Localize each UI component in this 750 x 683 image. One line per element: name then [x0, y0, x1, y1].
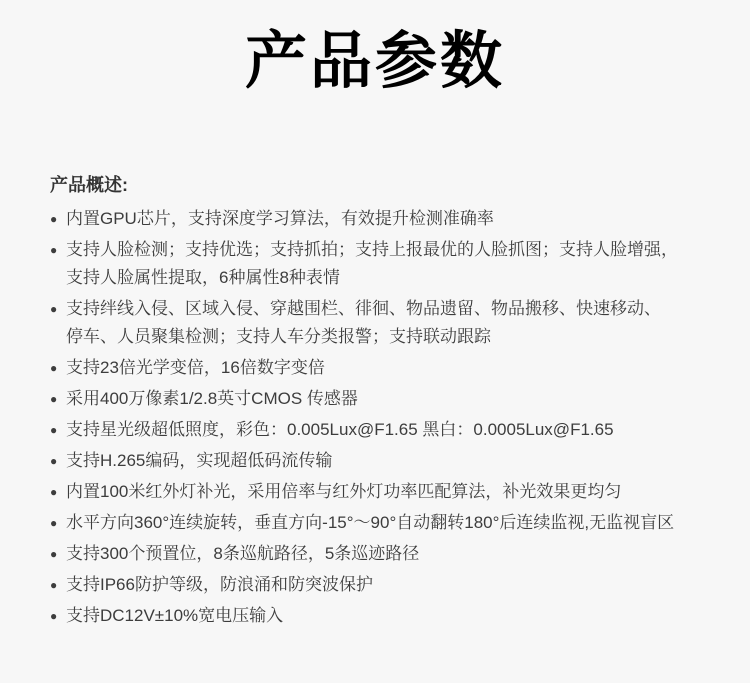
bullet-dot-icon: ●	[50, 602, 66, 630]
feature-bullet-item: ●内置GPU芯片，支持深度学习算法，有效提升检测准确率	[50, 205, 705, 233]
bullet-dot-icon: ●	[50, 295, 66, 323]
overview-heading: 产品概述:	[50, 174, 705, 196]
feature-bullet-item: ●水平方向360°连续旋转，垂直方向-15°～90°自动翻转180°后连续监视,…	[50, 509, 705, 537]
bullet-dot-icon: ●	[50, 354, 66, 382]
feature-bullet-item: ●支持300个预置位，8条巡航路径，5条巡迹路径	[50, 540, 705, 568]
feature-text: 支持人脸检测；支持优选；支持抓拍；支持上报最优的人脸抓图；支持人脸增强， 支持人…	[66, 236, 705, 292]
feature-text: 支持H.265编码，实现超低码流传输	[66, 447, 705, 475]
feature-text: 支持DC12V±10%宽电压输入	[66, 602, 705, 630]
feature-bullet-item: ●采用400万像素1/2.8英寸CMOS 传感器	[50, 385, 705, 413]
feature-text: 支持星光级超低照度，彩色：0.005Lux@F1.65 黑白：0.0005Lux…	[66, 416, 705, 444]
feature-bullet-item: ●支持人脸检测；支持优选；支持抓拍；支持上报最优的人脸抓图；支持人脸增强， 支持…	[50, 236, 705, 292]
feature-text: 支持300个预置位，8条巡航路径，5条巡迹路径	[66, 540, 705, 568]
product-overview-section: 产品概述: ●内置GPU芯片，支持深度学习算法，有效提升检测准确率●支持人脸检测…	[50, 174, 705, 630]
bullet-dot-icon: ●	[50, 236, 66, 264]
feature-text: 水平方向360°连续旋转，垂直方向-15°～90°自动翻转180°后连续监视,无…	[66, 509, 705, 537]
feature-bullet-item: ●支持星光级超低照度，彩色：0.005Lux@F1.65 黑白：0.0005Lu…	[50, 416, 705, 444]
page-background: { "page": { "title": "产品参数" }, "overview…	[0, 0, 750, 683]
feature-text: 内置GPU芯片，支持深度学习算法，有效提升检测准确率	[66, 205, 705, 233]
feature-text: 支持绊线入侵、区域入侵、穿越围栏、徘徊、物品遗留、物品搬移、快速移动、 停车、人…	[66, 295, 705, 351]
feature-text: 支持23倍光学变倍，16倍数字变倍	[66, 354, 705, 382]
feature-bullet-item: ●内置100米红外灯补光，采用倍率与红外灯功率匹配算法，补光效果更均匀	[50, 478, 705, 506]
feature-text: 支持IP66防护等级，防浪涌和防突波保护	[66, 571, 705, 599]
bullet-dot-icon: ●	[50, 205, 66, 233]
feature-bullet-item: ●支持H.265编码，实现超低码流传输	[50, 447, 705, 475]
bullet-dot-icon: ●	[50, 416, 66, 444]
bullet-dot-icon: ●	[50, 509, 66, 537]
bullet-dot-icon: ●	[50, 447, 66, 475]
feature-text: 采用400万像素1/2.8英寸CMOS 传感器	[66, 385, 705, 413]
bullet-dot-icon: ●	[50, 385, 66, 413]
bullet-dot-icon: ●	[50, 540, 66, 568]
feature-bullet-item: ●支持绊线入侵、区域入侵、穿越围栏、徘徊、物品遗留、物品搬移、快速移动、 停车、…	[50, 295, 705, 351]
feature-bullet-item: ●支持23倍光学变倍，16倍数字变倍	[50, 354, 705, 382]
product-parameters-page: 产品参数 产品概述: ●内置GPU芯片，支持深度学习算法，有效提升检测准确率●支…	[0, 0, 750, 683]
bullet-dot-icon: ●	[50, 478, 66, 506]
feature-bullet-list: ●内置GPU芯片，支持深度学习算法，有效提升检测准确率●支持人脸检测；支持优选；…	[50, 205, 705, 630]
feature-bullet-item: ●支持IP66防护等级，防浪涌和防突波保护	[50, 571, 705, 599]
feature-text: 内置100米红外灯补光，采用倍率与红外灯功率匹配算法，补光效果更均匀	[66, 478, 705, 506]
bullet-dot-icon: ●	[50, 571, 66, 599]
feature-bullet-item: ●支持DC12V±10%宽电压输入	[50, 602, 705, 630]
page-title: 产品参数	[0, 0, 750, 96]
